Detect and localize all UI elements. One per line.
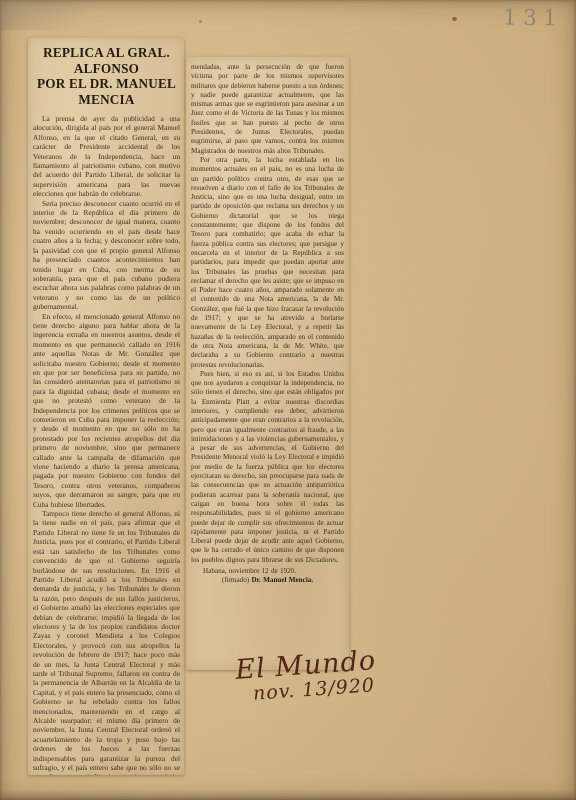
article-paragraph: Sería preciso desconocer cuanto ocurrió … <box>33 199 180 312</box>
paper-stain <box>452 17 457 21</box>
article-paragraph: Tampoco tiene derecho el general Alfonso… <box>33 509 180 775</box>
page-number-annotation: 131 <box>503 5 563 31</box>
newspaper-clipping-right-column: mendadas, ante la persecución de que fue… <box>186 57 349 670</box>
newspaper-clipping-left-column: REPLICA AL GRAL. ALFONSO POR EL DR. MANU… <box>28 38 184 775</box>
article-paragraph: Pues bien, si eso es así, si los Estados… <box>191 370 344 565</box>
article-paragraph: mendadas, ante la persecución de que fue… <box>191 63 344 156</box>
article-paragraph: En efecto, el mencionado general Alfonso… <box>33 312 180 510</box>
article-signature: (firmado) Dr. Manuel Mencia. <box>191 576 344 585</box>
scan-corner-shadow <box>0 0 120 30</box>
headline-line-1: REPLICA AL GRAL. ALFONSO <box>33 45 180 76</box>
source-annotation: El Mundo nov. 13/920 <box>234 647 378 705</box>
signature-prefix: (firmado) <box>222 576 249 584</box>
article-right-text: mendadas, ante la persecución de que fue… <box>191 63 344 586</box>
article-headline: REPLICA AL GRAL. ALFONSO POR EL DR. MANU… <box>33 45 180 107</box>
scan-bottom-shadow <box>0 790 576 800</box>
article-paragraph: La prensa de ayer da publicidad a una al… <box>33 114 180 199</box>
signature-name: Dr. Manuel Mencia. <box>251 576 313 584</box>
paper-stain <box>199 20 202 23</box>
article-dateline: Habana, noviembre 12 de 1920. <box>191 567 344 576</box>
article-paragraph: Por otra parte, la lucha entablada en lo… <box>191 156 344 370</box>
article-left-text: La prensa de ayer da publicidad a una al… <box>33 114 180 775</box>
headline-line-2: POR EL DR. MANUEL MENCIA <box>33 76 180 107</box>
